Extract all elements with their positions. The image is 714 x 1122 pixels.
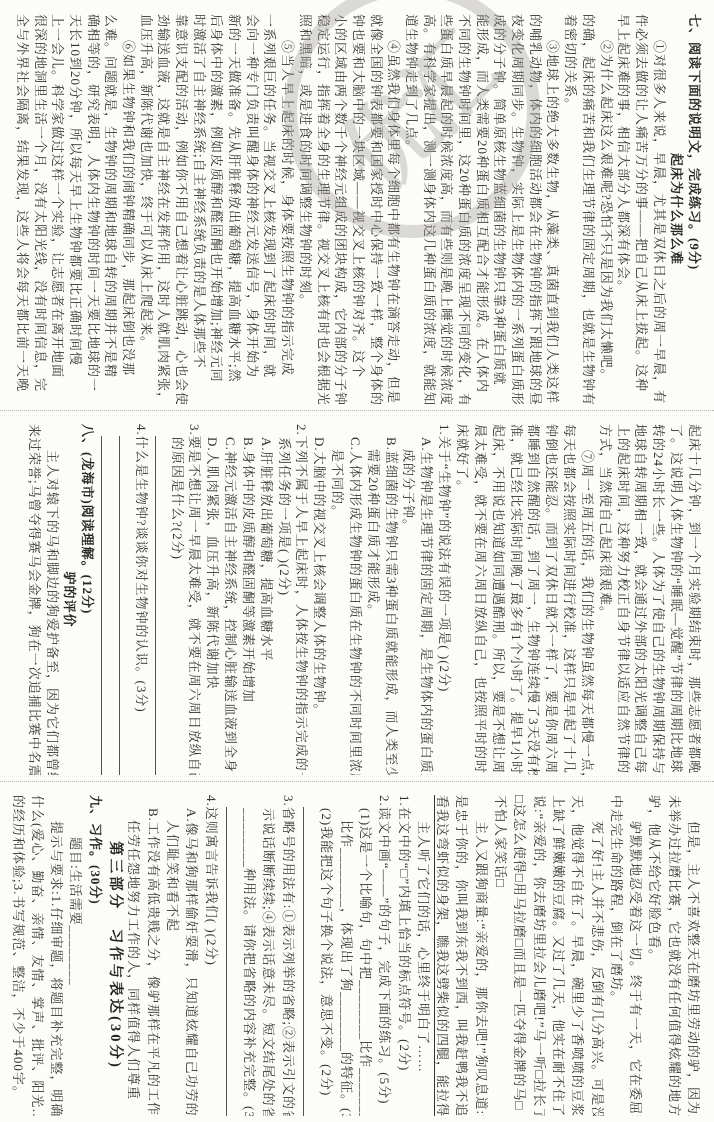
text-line: A.肝脏释放出葡萄糖，提高血糖水平: [257, 424, 275, 775]
text-line: 上的起床时间，这种努力校正自身节律以适应自然节律的: [614, 424, 632, 775]
answer-blank-rule: [101, 436, 114, 775]
text-line: 劲输送血液，这就是自主神经在发挥作用，这时人就肌肉紧张，: [155, 14, 173, 404]
text-line: 早上起床难的事，相信大部分人都深有体会。: [615, 14, 633, 404]
text-line: 看我这弯虾似的身架，瞧我这劈柴似的四腿，能拉得动磨吗?”: [433, 795, 452, 1116]
text-line: D.人肌肉紧张，血压升高，新陈代谢加快: [203, 424, 221, 775]
text-line: 的原因是什么?(2分): [168, 424, 186, 775]
text-line: 提示与要求:1.仔细审题，将题目补充完整，明确生活需要: [47, 795, 66, 1116]
text-line: 4.什么是生物钟?谈谈你对生物钟的认识。(3分): [132, 424, 150, 775]
answer-blank-line: [96, 424, 114, 775]
text-line: 新的一天做准备。先从肝脏释放出葡萄糖，提高血糖水平;然: [225, 14, 243, 404]
text-line: 都睡到自然醒的话，到了周一，生物钟连续慢了3天没有校: [525, 424, 543, 775]
text-line: ⑤当人早上起床的时候，身体要按照生物钟的指示完成: [279, 14, 297, 404]
answer-blank-rule: [226, 807, 239, 1116]
text-line: 的哺乳动物，体内的细胞活动都会在生物钟的指挥下跟地球的昼: [526, 14, 544, 404]
text-line: 任劳任怨地努力工作的人，同样值得人们尊重: [124, 795, 143, 1116]
answer-blank-line: [150, 424, 168, 775]
text-line: ③地球上的绝大多数生物，从藻类、真菌直到我们人类这样: [544, 14, 562, 404]
text-line: 靠意识支配的活动，例如你不用自己想着让心脏跳动，心也会使: [172, 14, 190, 404]
answer-blank-rule: [303, 807, 316, 1116]
text-line: ⑦周一至周五的话，我们的生物钟虽然每天都慢一点，但: [578, 424, 596, 775]
text-line: 1.在文中的“□”内填上恰当的标点符号。(2分): [394, 795, 413, 1116]
text-line: 3.省略号的用法有:①表示列举的省略;②表示引文的省略;③表: [278, 795, 297, 1116]
text-line: ________种用法。请你把省略的内容补充完整。(3分): [240, 795, 259, 1116]
answer-blank-line: [221, 795, 240, 1116]
text-line: 未举办过拉磨比赛，它也就没有任何值得炫耀的地方。对于: [664, 795, 683, 1116]
text-line: 床就好了。: [453, 424, 471, 775]
text-line: 血压升高，新陈代谢也加快，终于可以从床上爬起来。: [137, 14, 155, 404]
text-line: 稳定运行，指挥着全身的生理节律。视交叉上核有时也会根据光: [314, 14, 332, 404]
text-line: 能形成，而人类需要20种蛋白质相互配合才能形成。在人体内: [473, 14, 491, 404]
text-line: 主人又跟狗商量:“亲爱的，那你去吧!”狗叹息道:“主人，我: [471, 795, 490, 1116]
text-line: 全与外界社会隔离，结果发现，这些人将会每天都比前一天晚: [13, 14, 31, 404]
text-line: B.身体中的皮质醇和醛固酮等激素开始增加: [239, 424, 257, 775]
text-line: 需要20种蛋白质才能形成。: [364, 424, 382, 775]
text-line: B.工作没有高低贵贱之分，像驴那样在平凡的工作岗位上: [143, 795, 162, 1116]
text-line: 是不同的。: [328, 424, 346, 775]
text-line: 确相等的，研究表明，人体内生物钟的时间一天要比地球的一: [84, 14, 102, 404]
text-line: 示说话断断续续;④表示话意未尽。短文结尾处的省略号是第: [259, 795, 278, 1116]
answer-blank-rule: [119, 436, 132, 775]
answer-blank-line: [114, 424, 132, 775]
text-line: (2)我能把这个句子换个说法，意思不变。(2分): [317, 795, 336, 1116]
text-line: 死了好!主人并不悲伤，反倒有几分高兴。可是没过几: [587, 795, 606, 1116]
text-line: ④虽然我们身体里每个细胞中都有生物钟在滴答走动，但是: [385, 14, 403, 404]
answer-blank-rule: [155, 436, 168, 775]
text-line: 不同的生物钟时间里，这20种蛋白质的浓度呈现不同的变化，有: [455, 14, 473, 404]
text-line: 3.要是不想让周一早晨太难受，就不要在周六周日放纵自己: [186, 424, 204, 775]
text-line: 一系列艰巨的任务。当视交叉上核发现到了起床的时间，就: [261, 14, 279, 404]
text-line: 什么(爱心、勤奋、亲情、友情、掌声、批评、阳光……);2.写自己: [28, 795, 47, 1116]
text-line: 些蛋白质早晨起的时候浓度高，而有些则是晚上睡觉的时候浓度: [438, 14, 456, 404]
text-line: 上一会儿。科学家做过这样一个实验，让志愿者在离开地面: [49, 14, 67, 404]
text-line: 2.读文中画“——”的句子，完成下面的练习。(5分): [375, 795, 394, 1116]
text-line: C.人体内形成生物钟的蛋白质在生物钟的不同时间里浓度: [346, 424, 364, 775]
text-line: 小的区域由两个数千个神经元组成的团块构成，它内部的分子钟: [332, 14, 350, 404]
text-line: 4.这则寓言告诉我们( )(2分): [201, 795, 220, 1116]
text-line: A.生物钟是生理节律的固定周期，是生物体内的蛋白质形: [418, 424, 436, 775]
text-line: 么难。问题就是，生物钟的周期和地球自转的周期并不是精: [102, 14, 120, 404]
text-line: 照和黑暗，或是进食的时间调整生物钟的时刻。: [296, 14, 314, 404]
text-line: □这怎么使得□用马拉磨□而且是一匹夺得金牌的马□: [510, 795, 529, 1116]
text-line: 起床十几分钟，到一个月实验期结束时，那些志愿者都晚睡: [685, 424, 703, 775]
text-line: ⑥如果生物钟和我们的闹钟精确同步，那起床倒也没那: [119, 14, 137, 404]
exam-sheet: 优汇 七、阅读下面的说明文，完成练习。(9分)起床为什么那么难①对很多人来说，早…: [0, 0, 714, 1122]
text-line: 会向一种专门负责叫醒身体的神经元发送信号，身体开始为: [243, 14, 261, 404]
text-line: ①对很多人来说，早晨，尤其是双休日之后的周一早晨，有一: [650, 14, 668, 404]
reading-column-2: 起床十几分钟，到一个月实验期结束时，那些志愿者都晚睡了。这说明人体生物钟的“睡眠…: [0, 410, 714, 781]
text-line: 天长10到20分钟，所以每天早上生物钟都要比正确时间慢: [66, 14, 84, 404]
text-line: 七、阅读下面的说明文，完成练习。(9分): [685, 14, 703, 404]
text-line: 天，他觉得不自在了。早晨，碗里少了香喷喷的豆浆;中午，桌: [568, 795, 587, 1116]
text-line: A.像马和狗那样偷奸耍滑，只知道炫耀自己功劳的人，会被: [182, 795, 201, 1116]
text-line: 驴，他从不给它好脸色看。: [645, 795, 664, 1116]
text-line: B.蓝细菌的生物钟只需3种蛋白质就能形成，而人类至少: [382, 424, 400, 775]
text-line: 但是，主人不喜欢整天在磨坊里劳动的驴，因为历史上从: [684, 795, 703, 1116]
text-line: 的确，起床的痛苦和我们生理节律的固定周期，也就是生物钟有: [579, 14, 597, 404]
text-line: 来过荣誉;马曾夺得赛马会金牌，狗在一次追捕比赛中名震四邻。: [25, 424, 43, 775]
text-line: 起床，不用说也知道如同遭遇酷刑。所以，要是不想让周一早: [489, 424, 507, 775]
text-line: 2.下列不属于人早上起床时，人体按生物钟的指示完成的一: [293, 424, 311, 775]
answer-blank-line: [298, 795, 317, 1116]
text-line: 主人对辕下的马和脚边的狗爱护备至，因为它们都曾给他带: [43, 424, 61, 775]
text-line: 准，就已经比实际时间晚了最多有1个小时了。提早1小时: [507, 424, 525, 775]
reading-column-1: 七、阅读下面的说明文，完成练习。(9分)起床为什么那么难①对很多人来说，早晨，尤…: [0, 0, 714, 410]
text-line: 后身体中的激素，例如皮质醇和醛固酮也开始增加;神经元同: [208, 14, 226, 404]
text-line: 方式，当然使自己起床很艰难。: [596, 424, 614, 775]
text-line: 第三部分 习作与表达(30分): [105, 795, 124, 1116]
text-line: 成的分子钟。: [400, 424, 418, 775]
text-line: 起床为什么那么难: [668, 14, 686, 404]
text-line: 夜变化周期同步。生物钟，实际上是生物体内的一系列蛋白质形: [508, 14, 526, 404]
text-line: D.大脑中的视交叉上核会调整人体的生物钟。: [310, 424, 328, 775]
text-line: 题目:生活需要________: [66, 795, 85, 1116]
text-line: 就像全国的钟表都要和国家授时中心保持一致一样，整个身体的: [367, 14, 385, 404]
text-line: 八、(龙海市)阅读理解。(12分): [78, 424, 96, 775]
text-line: 钟也要和大脑中的一块区域——视交叉上核的钟对齐。这个: [349, 14, 367, 404]
text-line: 了。这说明人体生物钟的“睡眠—觉醒”节律的周期比地球自: [667, 424, 685, 775]
scanned-exam-page: 优汇 七、阅读下面的说明文，完成练习。(9分)起床为什么那么难①对很多人来说，早…: [0, 0, 714, 1122]
text-line: 的经历和体验;3.书写规范、整洁，不少于400字。: [8, 795, 27, 1116]
text-line: 着密切的关系。: [562, 14, 580, 404]
text-line: 是忠于你的，你叫我到东我不到西，叫我赶鸭我不追鸡。可是，你: [452, 795, 471, 1116]
text-line: 主人听了它们的话，心里终于明白了……: [414, 795, 433, 1116]
text-line: 高。有科学家提出，测一测身体内这几种蛋白质的浓度，就能知: [420, 14, 438, 404]
text-line: 钟倒也还能忍。而到了双休日就不一样了，要是你周六周日: [542, 424, 560, 775]
text-line: 人们耻笑和看不起: [163, 795, 182, 1116]
text-line: C.神经元激活自主神经系统，控制心脏输送血液到全身: [221, 424, 239, 775]
text-line: 系列任务的一项是( )(2分): [275, 424, 293, 775]
text-line: 说:“亲爱的，你去磨坊里拉会儿磨吧!”马一听□拉长了脸: [529, 795, 548, 1116]
text-line: 1.关于“生物钟”的说法有误的一项是( )(2分): [435, 424, 453, 775]
text-line: 时激活了自主神经系统;自主神经系统负责的是人体那些不: [190, 14, 208, 404]
text-line: 成的分子钟。简单原核生物蓝细菌的生物钟只靠3种蛋白质就: [491, 14, 509, 404]
text-line: 很深的地洞里生活一个月，没有太阳光线，没有时间信息，完: [31, 14, 49, 404]
text-line: 中走完生命的路程，倒在了磨坊。: [607, 795, 626, 1116]
text-line: 九、习作。(30分): [86, 795, 105, 1116]
text-line: 驴的评价: [61, 424, 79, 775]
text-line: 驴默默地忍受着这一切。终于有一天，它在委屈和劳累: [626, 795, 645, 1116]
text-line: 不怕人家笑话□: [491, 795, 510, 1116]
text-line: 比作________，体现出了狗________的特征。(3分): [336, 795, 355, 1116]
text-line: 道生物钟走到了几点。: [402, 14, 420, 404]
text-line: 晨太难受，就不要在周六周日放纵自己，也按照平时的时间起: [471, 424, 489, 775]
text-line: 上缺了鲜嫩嫩的豆腐。又过了几天，他实在耐不住了，便对马: [549, 795, 568, 1116]
text-line: 转的24小时长一些。人体为了使自己的生物钟周期保持与: [649, 424, 667, 775]
text-line: 件必须去做的让人痛苦万分的事——把自己从床上拔起。这种: [632, 14, 650, 404]
text-line: (1)这是一个比喻句，句中把________比作________，把______…: [356, 795, 375, 1116]
text-line: 地球自转周期相一致，就会通过外部的太阳光调整自己每天早: [632, 424, 650, 775]
reading-column-3: 但是，主人不喜欢整天在磨坊里劳动的驴，因为历史上从未举办过拉磨比赛，它也就没有任…: [0, 781, 714, 1122]
text-line: ②为什么起床这么艰难呢?恐怕不只是因为我们太懒吧。: [597, 14, 615, 404]
text-line: 每天也都会按照实际时间进行校准，这样只是早起了十几分: [560, 424, 578, 775]
